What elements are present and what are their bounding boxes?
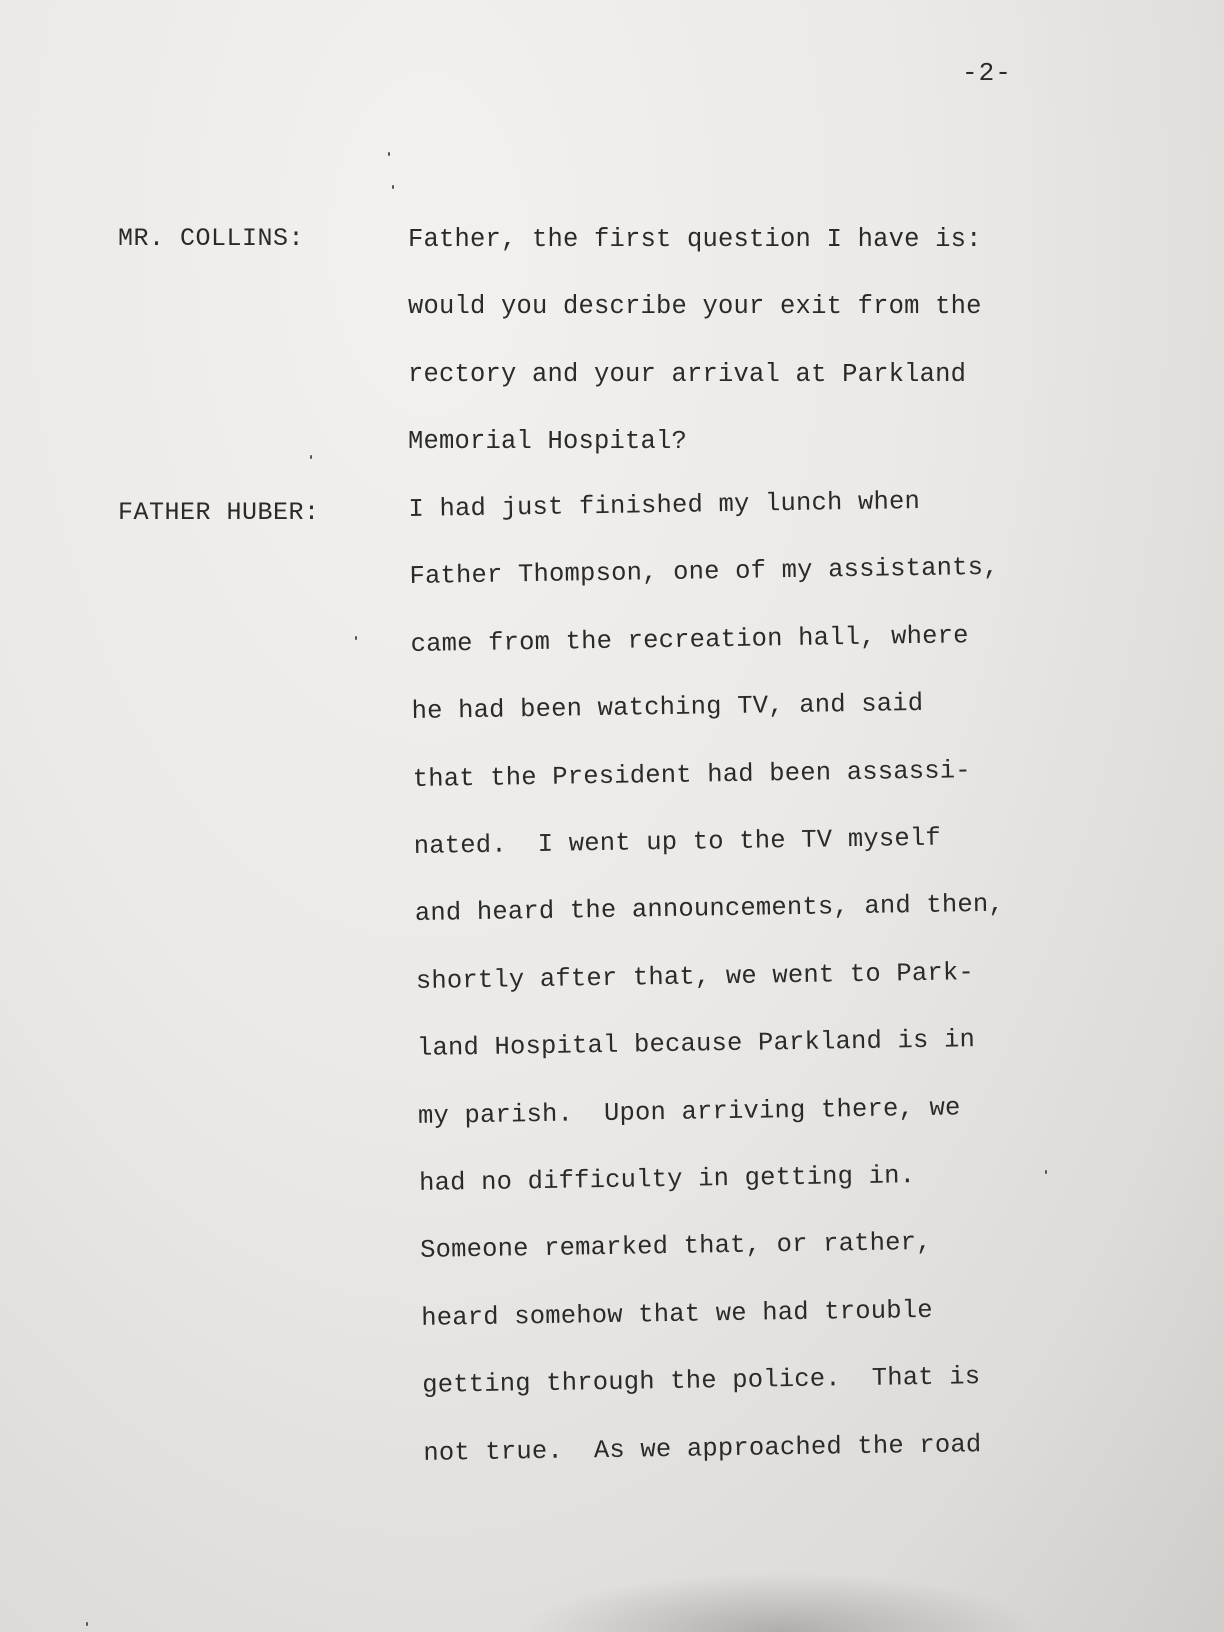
text-line: Someone remarked that, or rather, xyxy=(420,1207,1101,1285)
text-line: rectory and your arrival at Parkland xyxy=(408,341,1088,408)
text-line: not true. As we approached the road xyxy=(423,1409,1104,1487)
document-page: -2- MR. COLLINS: Father, the first quest… xyxy=(0,0,1224,1632)
speaker-label: FATHER HUBER: xyxy=(118,498,320,527)
page-number: -2- xyxy=(962,58,1012,88)
text-line: that the President had been assassi- xyxy=(412,735,1093,813)
text-line: my parish. Upon arriving there, we xyxy=(418,1072,1099,1150)
text-line: and heard the announcements, and then, xyxy=(414,870,1095,948)
text-line: Father Thompson, one of my assistants, xyxy=(409,533,1090,611)
paper-speck xyxy=(388,152,390,156)
text-line: Memorial Hospital? xyxy=(408,408,1088,475)
paper-speck xyxy=(310,455,312,459)
speech-block: Father, the first question I have is: wo… xyxy=(408,206,1088,476)
text-line: had no difficulty in getting in. xyxy=(419,1139,1100,1217)
text-line: Father, the first question I have is: xyxy=(408,206,1088,273)
text-line: shortly after that, we went to Park- xyxy=(415,937,1096,1015)
paper-speck xyxy=(392,185,394,189)
paper-speck xyxy=(355,636,357,640)
paper-speck xyxy=(1045,1170,1047,1174)
speech-block: I had just finished my lunch when Father… xyxy=(408,465,1104,1487)
text-line: I had just finished my lunch when xyxy=(408,465,1089,543)
text-line: getting through the police. That is xyxy=(422,1341,1103,1419)
paper-speck xyxy=(86,1622,88,1626)
text-line: he had been watching TV, and said xyxy=(411,668,1092,746)
text-line: nated. I went up to the TV myself xyxy=(413,802,1094,880)
text-line: would you describe your exit from the xyxy=(408,273,1088,340)
text-line: land Hospital because Parkland is in xyxy=(416,1005,1097,1083)
page-shadow xyxy=(520,1572,1040,1632)
text-line: heard somehow that we had trouble xyxy=(421,1274,1102,1352)
text-line: came from the recreation hall, where xyxy=(410,600,1091,678)
speaker-label: MR. COLLINS: xyxy=(118,224,304,253)
